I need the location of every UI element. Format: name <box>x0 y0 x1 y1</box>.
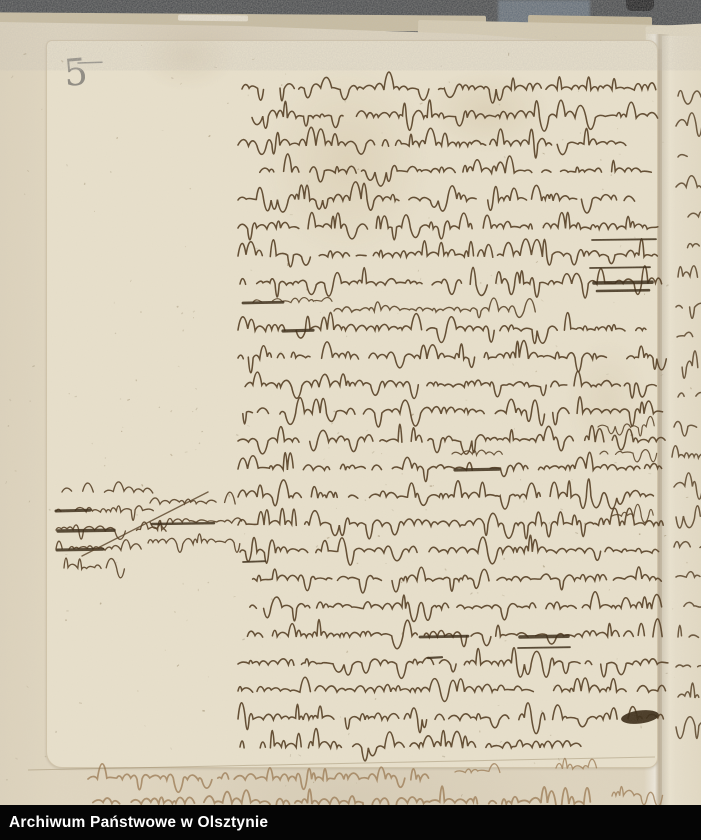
manuscript-inner-sheet <box>46 40 658 768</box>
archive-caption-label: Archiwum Państwowe w Olsztynie <box>0 814 268 832</box>
archive-caption-bar: Archiwum Państwowe w Olsztynie <box>0 805 701 840</box>
pencil-page-number: 5 <box>62 53 89 92</box>
page-stack-edge <box>178 15 248 22</box>
background-shadow <box>626 0 654 11</box>
archival-scan: 5 Archiwum Państwowe w Olsztynie <box>0 0 701 840</box>
